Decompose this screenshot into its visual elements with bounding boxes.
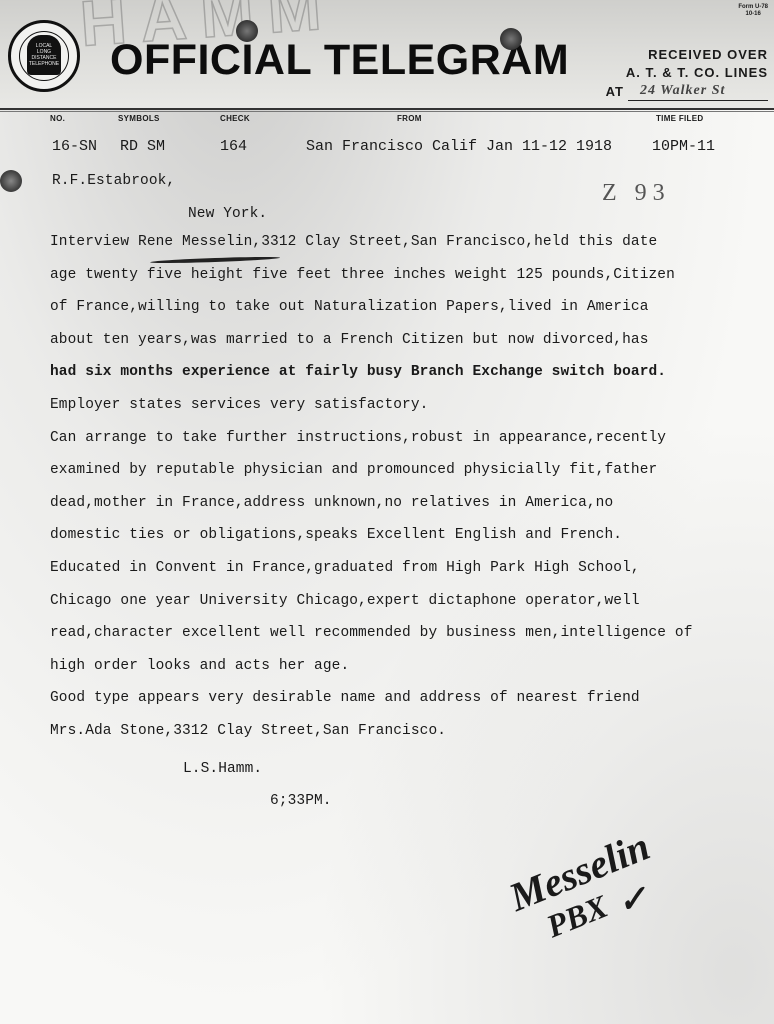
bell-icon: LOCAL LONG DISTANCE TELEPHONE <box>27 35 61 75</box>
form-number: Form U-78 10-16 <box>738 4 768 18</box>
message-line: read,character excellent well recommende… <box>50 625 693 641</box>
header-rule-thin <box>0 111 774 112</box>
at-location-value: 24 Walker St <box>628 82 768 101</box>
bell-system-logo: LOCAL LONG DISTANCE TELEPHONE <box>8 20 80 92</box>
time-received: 6;33PM. <box>270 793 332 809</box>
message-line: Employer states services very satisfacto… <box>50 397 428 413</box>
value-check: 164 <box>220 138 247 155</box>
at-label: AT <box>606 83 624 101</box>
received-at-row: AT 24 Walker St <box>606 82 768 101</box>
telegram-page: HAMM LOCAL LONG DISTANCE TELEPHONE OFFIC… <box>0 0 774 1024</box>
check-mark-icon: ✓ <box>615 878 650 922</box>
header-rule <box>0 108 774 110</box>
message-line: Educated in Convent in France,graduated … <box>50 560 640 576</box>
ink-blot <box>500 28 522 50</box>
message-line: examined by reputable physician and prom… <box>50 462 657 478</box>
message-line: Chicago one year University Chicago,expe… <box>50 593 640 609</box>
message-line: about ten years,was married to a French … <box>50 332 649 348</box>
message-line: Interview Rene Messelin,3312 Clay Street… <box>50 234 657 250</box>
file-stamp: Z 93 <box>602 180 671 207</box>
message-line: domestic ties or obligations,speaks Exce… <box>50 527 622 543</box>
punch-hole <box>0 170 22 192</box>
att-lines-label: A. T. & T. CO. LINES <box>606 64 768 82</box>
message-line: of France,willing to take out Naturaliza… <box>50 299 649 315</box>
value-from: San Francisco Calif Jan 11-12 1918 <box>306 138 612 155</box>
received-over-block: RECEIVED OVER A. T. & T. CO. LINES AT 24… <box>606 46 768 101</box>
message-line: Mrs.Ada Stone,3312 Clay Street,San Franc… <box>50 723 446 739</box>
label-time-filed: TIME FILED <box>656 114 703 123</box>
value-no: 16-SN <box>52 138 97 155</box>
label-from: FROM <box>397 114 422 123</box>
message-line: had six months experience at fairly busy… <box>50 364 666 380</box>
message-line: Can arrange to take further instructions… <box>50 430 666 446</box>
label-check: CHECK <box>220 114 250 123</box>
value-symbols: RD SM <box>120 138 165 155</box>
addressee-city: New York. <box>188 206 267 222</box>
label-symbols: SYMBOLS <box>118 114 160 123</box>
form-date-text: 10-16 <box>738 11 768 18</box>
ink-underline <box>150 256 280 265</box>
message-line: age twenty five height five feet three i… <box>50 267 675 283</box>
addressee-name: R.F.Estabrook, <box>52 173 175 189</box>
label-no: NO. <box>50 114 65 123</box>
ink-blot <box>236 20 258 42</box>
form-number-text: Form U-78 <box>738 4 768 11</box>
message-line: dead,mother in France,address unknown,no… <box>50 495 613 511</box>
received-over-label: RECEIVED OVER <box>606 46 768 64</box>
value-time-filed: 10PM-11 <box>652 138 715 155</box>
message-line: Good type appears very desirable name an… <box>50 690 640 706</box>
bell-text-telephone: TELEPHONE <box>27 61 61 67</box>
message-line: high order looks and acts her age. <box>50 658 349 674</box>
sender-signature: L.S.Hamm. <box>183 761 262 777</box>
